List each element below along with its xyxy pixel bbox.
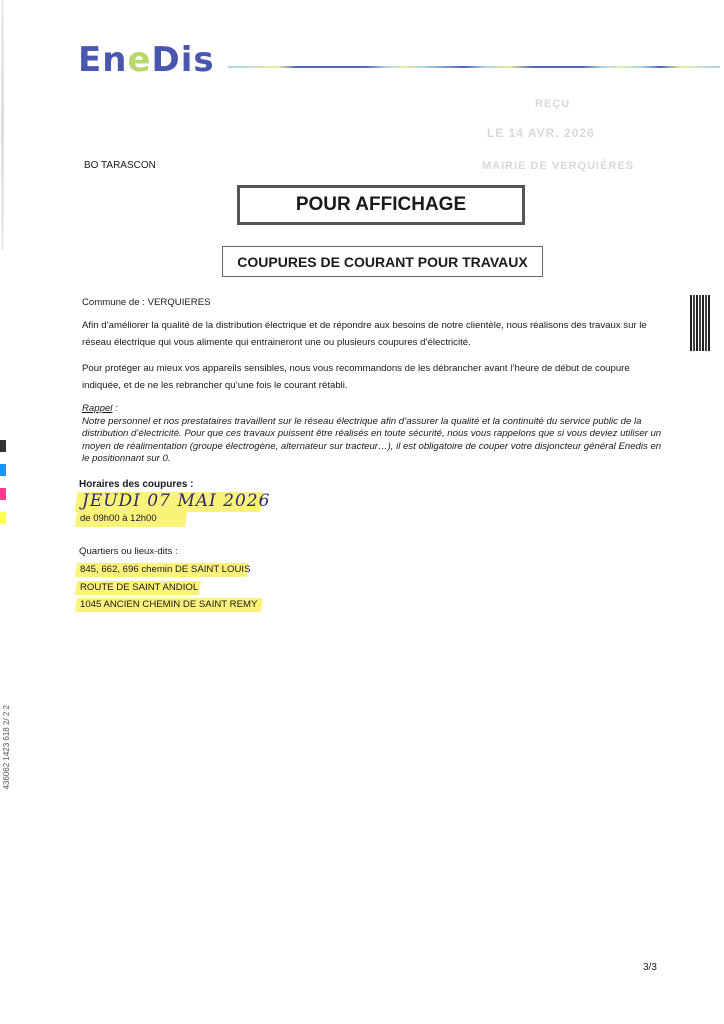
document-subtitle: COUPURES DE COURANT POUR TRAVAUX bbox=[222, 246, 543, 277]
sender: BO TARASCON bbox=[84, 160, 156, 171]
commune: Commune de : VERQUIERES bbox=[82, 294, 664, 311]
stamp-mairie: MAIRIE DE VERQUIÈRES bbox=[482, 160, 634, 172]
color-swatch-yellow bbox=[0, 512, 6, 524]
location-item: ROUTE DE SAINT ANDIOL bbox=[80, 582, 198, 593]
document-title: POUR AFFICHAGE bbox=[237, 185, 525, 225]
subtitle-text: COUPURES DE COURANT POUR TRAVAUX bbox=[237, 254, 527, 270]
handwritten-date: JEUDI 07 MAI 2026 bbox=[82, 491, 270, 511]
outage-time: de 09h00 à 12h00 bbox=[80, 513, 157, 524]
datamatrix-code bbox=[690, 295, 710, 351]
enedis-logo: EneDis bbox=[78, 40, 215, 80]
title-text: POUR AFFICHAGE bbox=[296, 194, 466, 216]
horaires-label: Horaires des coupures : bbox=[79, 479, 193, 490]
rappel-section: Rappel : Notre personnel et nos prestata… bbox=[82, 403, 664, 466]
stamp-received: REÇU bbox=[535, 98, 570, 110]
rappel-text: Notre personnel et nos prestataires trav… bbox=[82, 416, 661, 465]
color-swatch-magenta bbox=[0, 488, 6, 500]
location-item: 845, 662, 696 chemin DE SAINT LOUIS bbox=[80, 564, 250, 575]
side-reference-code: 436062 1423 618 2/ 2 2 bbox=[2, 705, 11, 790]
scan-edge bbox=[1, 0, 4, 250]
color-swatch-black bbox=[0, 440, 6, 452]
paragraph-intro: Afin d’améliorer la qualité de la distri… bbox=[82, 317, 664, 351]
rappel-colon: : bbox=[112, 403, 117, 414]
color-swatch-cyan bbox=[0, 464, 6, 476]
header-divider bbox=[228, 66, 720, 68]
paragraph-advice: Pour protéger au mieux vos appareils sen… bbox=[82, 360, 664, 394]
page-number: 3/3 bbox=[643, 962, 657, 973]
quartiers-label: Quartiers ou lieux-dits : bbox=[79, 546, 178, 557]
rappel-label: Rappel bbox=[82, 403, 112, 414]
stamp-date: LE 14 AVR. 2026 bbox=[487, 126, 595, 140]
location-item: 1045 ANCIEN CHEMIN DE SAINT REMY bbox=[80, 599, 257, 610]
